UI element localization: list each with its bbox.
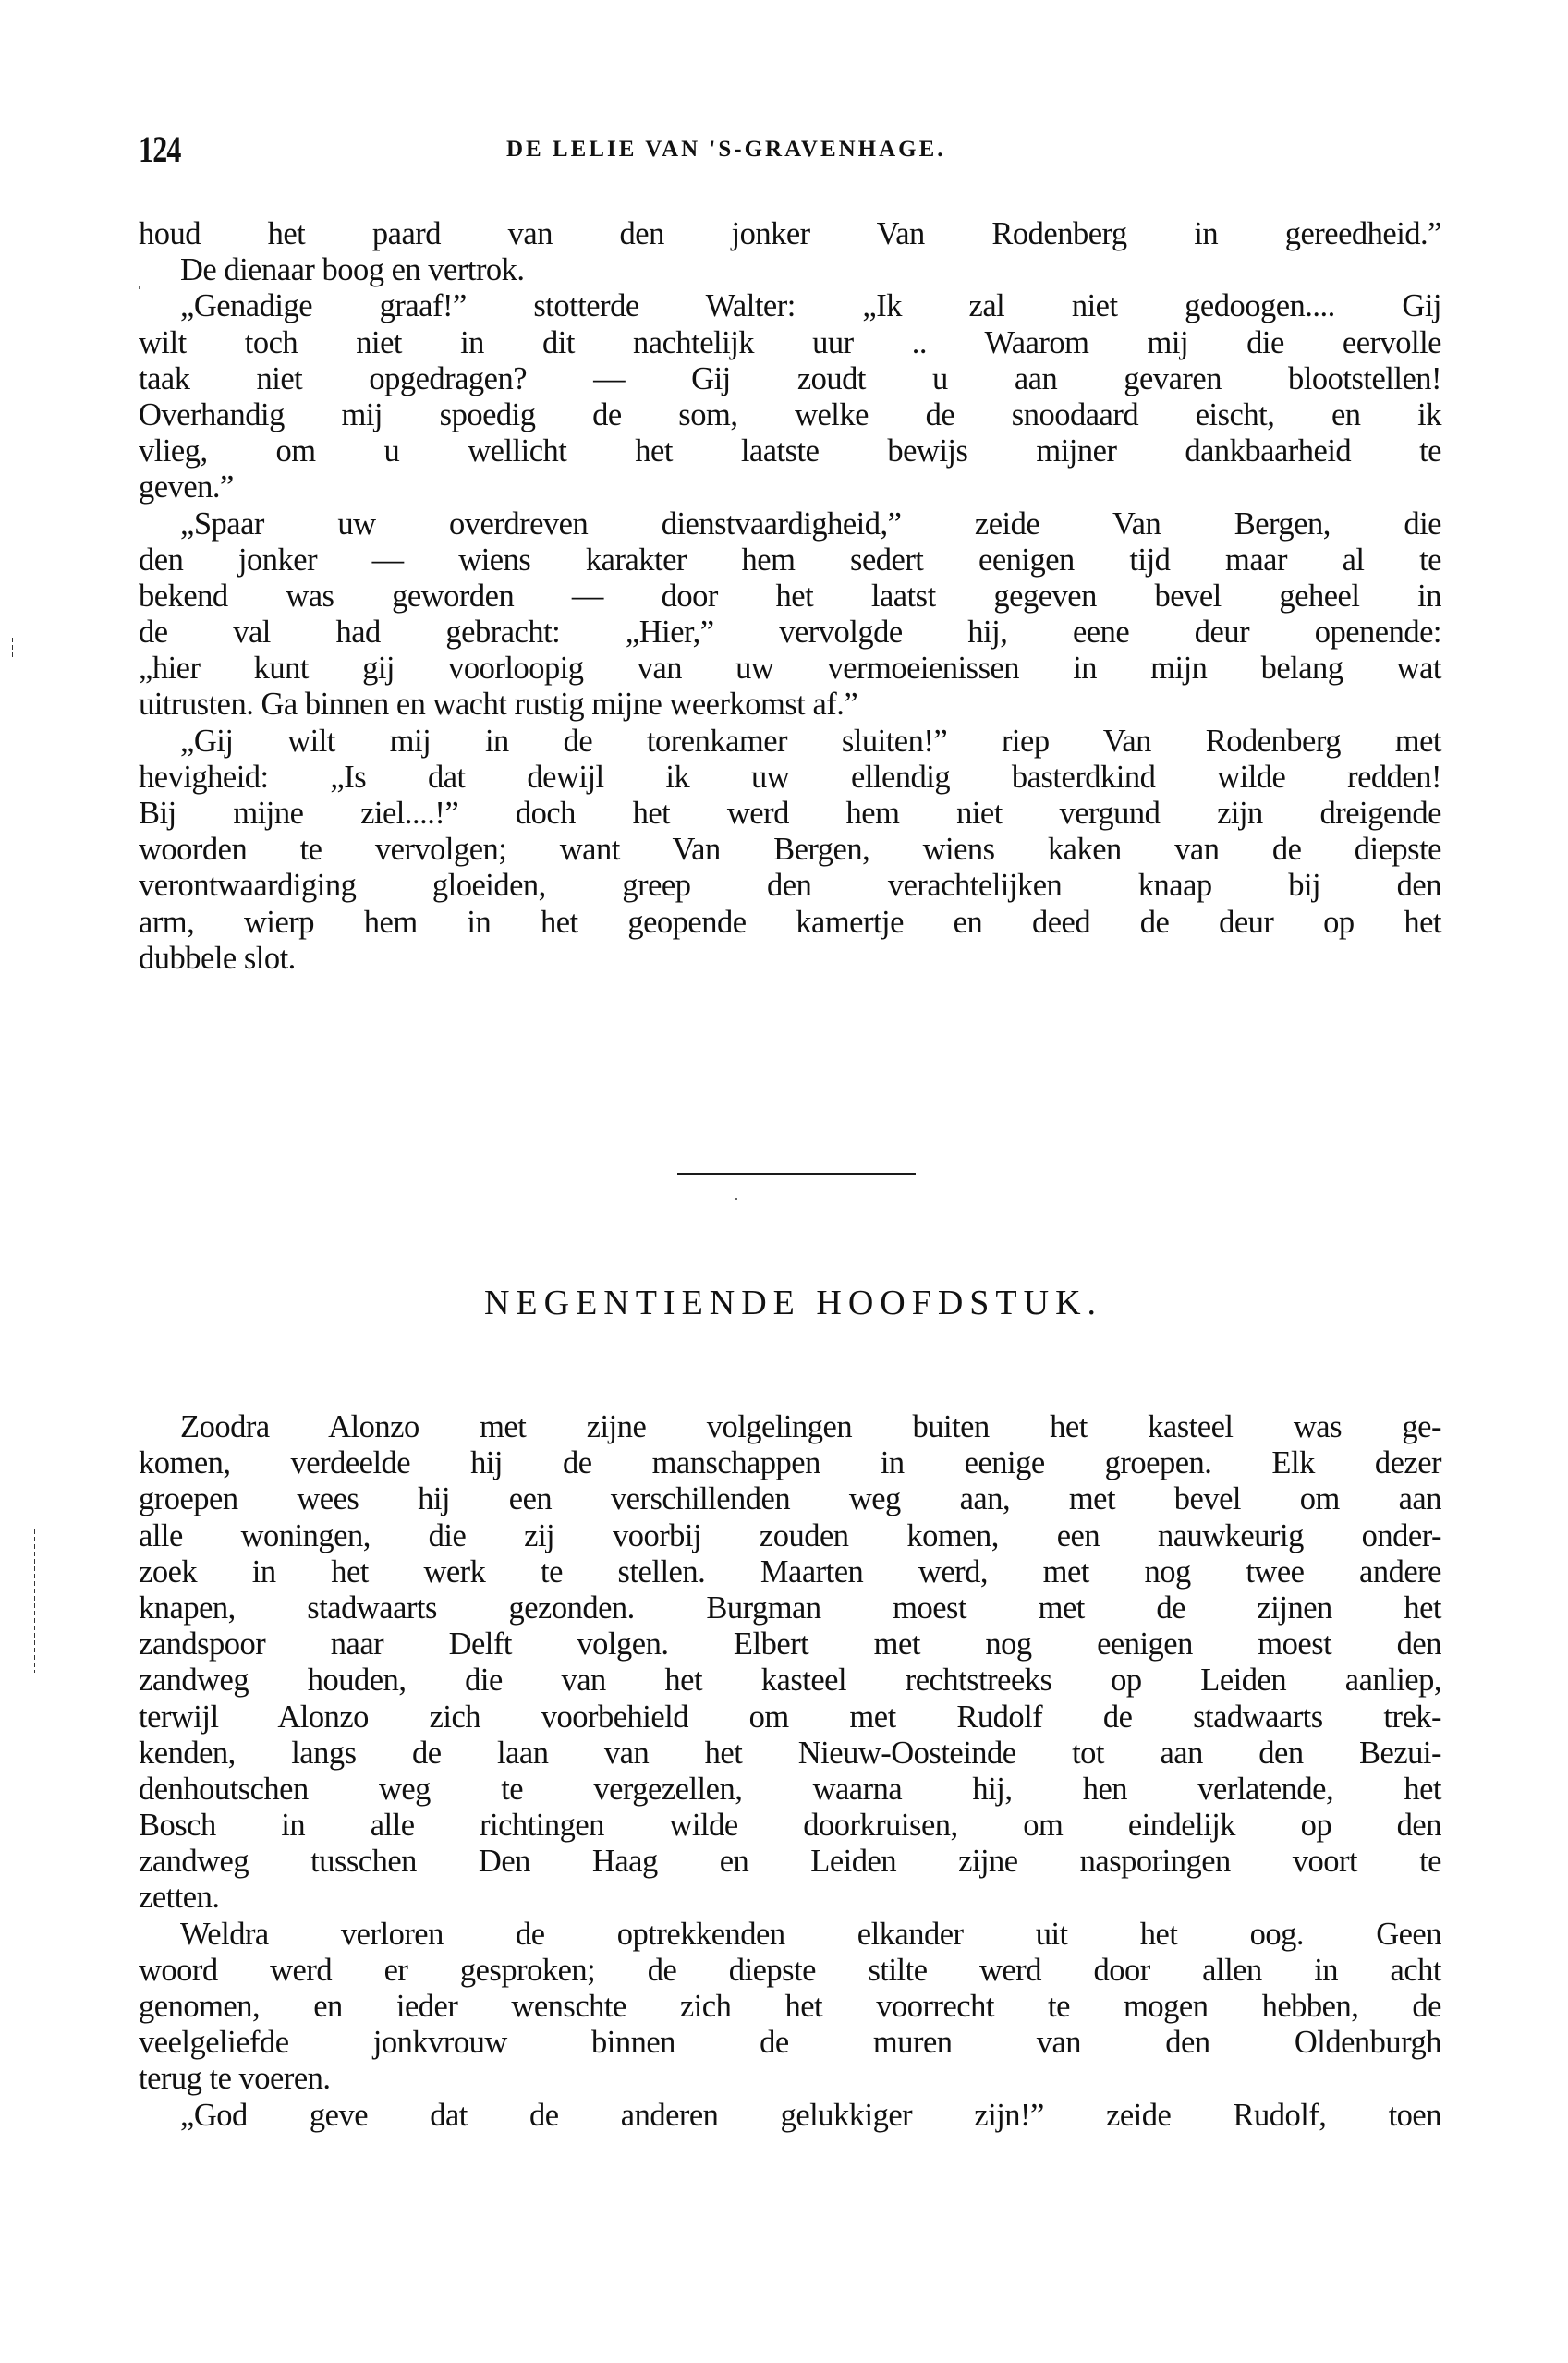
text-line: „Gij wilt mij in de torenkamer sluiten!”… [139,724,1441,760]
text-line: taak niet opgedragen? — Gij zoudt u aan … [139,361,1441,397]
text-line: den jonker — wiens karakter hem sedert e… [139,542,1441,579]
text-line: De dienaar boog en vertrok. [139,252,1441,288]
text-line: groepen wees hij een verschillenden weg … [139,1481,1441,1517]
text-line: zandweg houden, die van het kasteel rech… [139,1663,1441,1699]
text-line: terwijl Alonzo zich voorbehield om met R… [139,1699,1441,1736]
text-line: komen, verdeelde hij de manschappen in e… [139,1445,1441,1481]
text-line: vlieg, om u wellicht het laatste bewijs … [139,433,1441,469]
text-line: wilt toch niet in dit nachtelijk uur .. … [139,325,1441,361]
text-line: alle woningen, die zij voorbij zouden ko… [139,1518,1441,1554]
text-line: Bij mijne ziel....!” doch het werd hem n… [139,796,1441,832]
text-line: „hier kunt gij voorloopig van uw vermoei… [139,651,1441,687]
text-line: Bosch in alle richtingen wilde doorkruis… [139,1808,1441,1844]
text-line: houd het paard van den jonker Van Rodenb… [139,216,1441,252]
text-line: geven.” [139,469,1441,505]
text-line: zandweg tusschen Den Haag en Leiden zijn… [139,1844,1441,1880]
text-line: hevigheid: „Is dat dewijl ik uw ellendig… [139,760,1441,796]
scan-margin-mark [34,1529,35,1673]
text-line: knapen, stadwaarts gezonden. Burgman moe… [139,1590,1441,1626]
page-number: 124 [139,128,181,171]
text-line: Zoodra Alonzo met zijne volgelingen buit… [139,1409,1441,1445]
scan-speck [735,1198,737,1200]
text-line: zoek in het werk te stellen. Maarten wer… [139,1554,1441,1590]
text-line: de val had gebracht: „Hier,” vervolgde h… [139,615,1441,651]
chapter-heading: NEGENTIENDE HOOFDSTUK. [0,1283,1568,1323]
text-line: Weldra verloren de optrekkenden elkander… [139,1917,1441,1953]
text-line: „God geve dat de anderen gelukkiger zijn… [139,2098,1441,2134]
text-line: „Spaar uw overdreven dienstvaardigheid,”… [139,506,1441,542]
text-line: zetten. [139,1880,1441,1916]
running-title: DE LELIE VAN 'S-GRAVENHAGE. [506,137,946,163]
text-section-2: Zoodra Alonzo met zijne volgelingen buit… [139,1409,1441,2134]
text-line: genomen, en ieder wenschte zich het voor… [139,1989,1441,2025]
text-line: dubbele slot. [139,941,1441,977]
text-section-1: houd het paard van den jonker Van Rodenb… [139,216,1441,977]
text-line: terug te voeren. [139,2061,1441,2097]
text-line: veelgeliefde jonkvrouw binnen de muren v… [139,2025,1441,2061]
book-page: 124 DE LELIE VAN 'S-GRAVENHAGE. houd het… [0,0,1568,2363]
text-line: kenden, langs de laan van het Nieuw-Oost… [139,1736,1441,1772]
text-line: arm, wierp hem in het geopende kamertje … [139,905,1441,941]
text-line: zandspoor naar Delft volgen. Elbert met … [139,1626,1441,1663]
section-divider [677,1173,916,1175]
text-line: woorden te vervolgen; want Van Bergen, w… [139,832,1441,868]
text-line: verontwaardiging gloeiden, greep den ver… [139,868,1441,904]
text-line: denhoutschen weg te vergezellen, waarna … [139,1772,1441,1808]
running-head: 124 DE LELIE VAN 'S-GRAVENHAGE. [139,128,1441,174]
text-line: woord werd er gesproken; de diepste stil… [139,1953,1441,1989]
text-line: bekend was geworden — door het laatst ge… [139,579,1441,615]
scan-speck [139,286,140,289]
text-line: uitrusten. Ga binnen en wacht rustig mij… [139,687,1441,723]
scan-margin-mark [12,638,13,658]
text-line: Overhandig mij spoedig de som, welke de … [139,397,1441,433]
text-line: „Genadige graaf!” stotterde Walter: „Ik … [139,288,1441,324]
